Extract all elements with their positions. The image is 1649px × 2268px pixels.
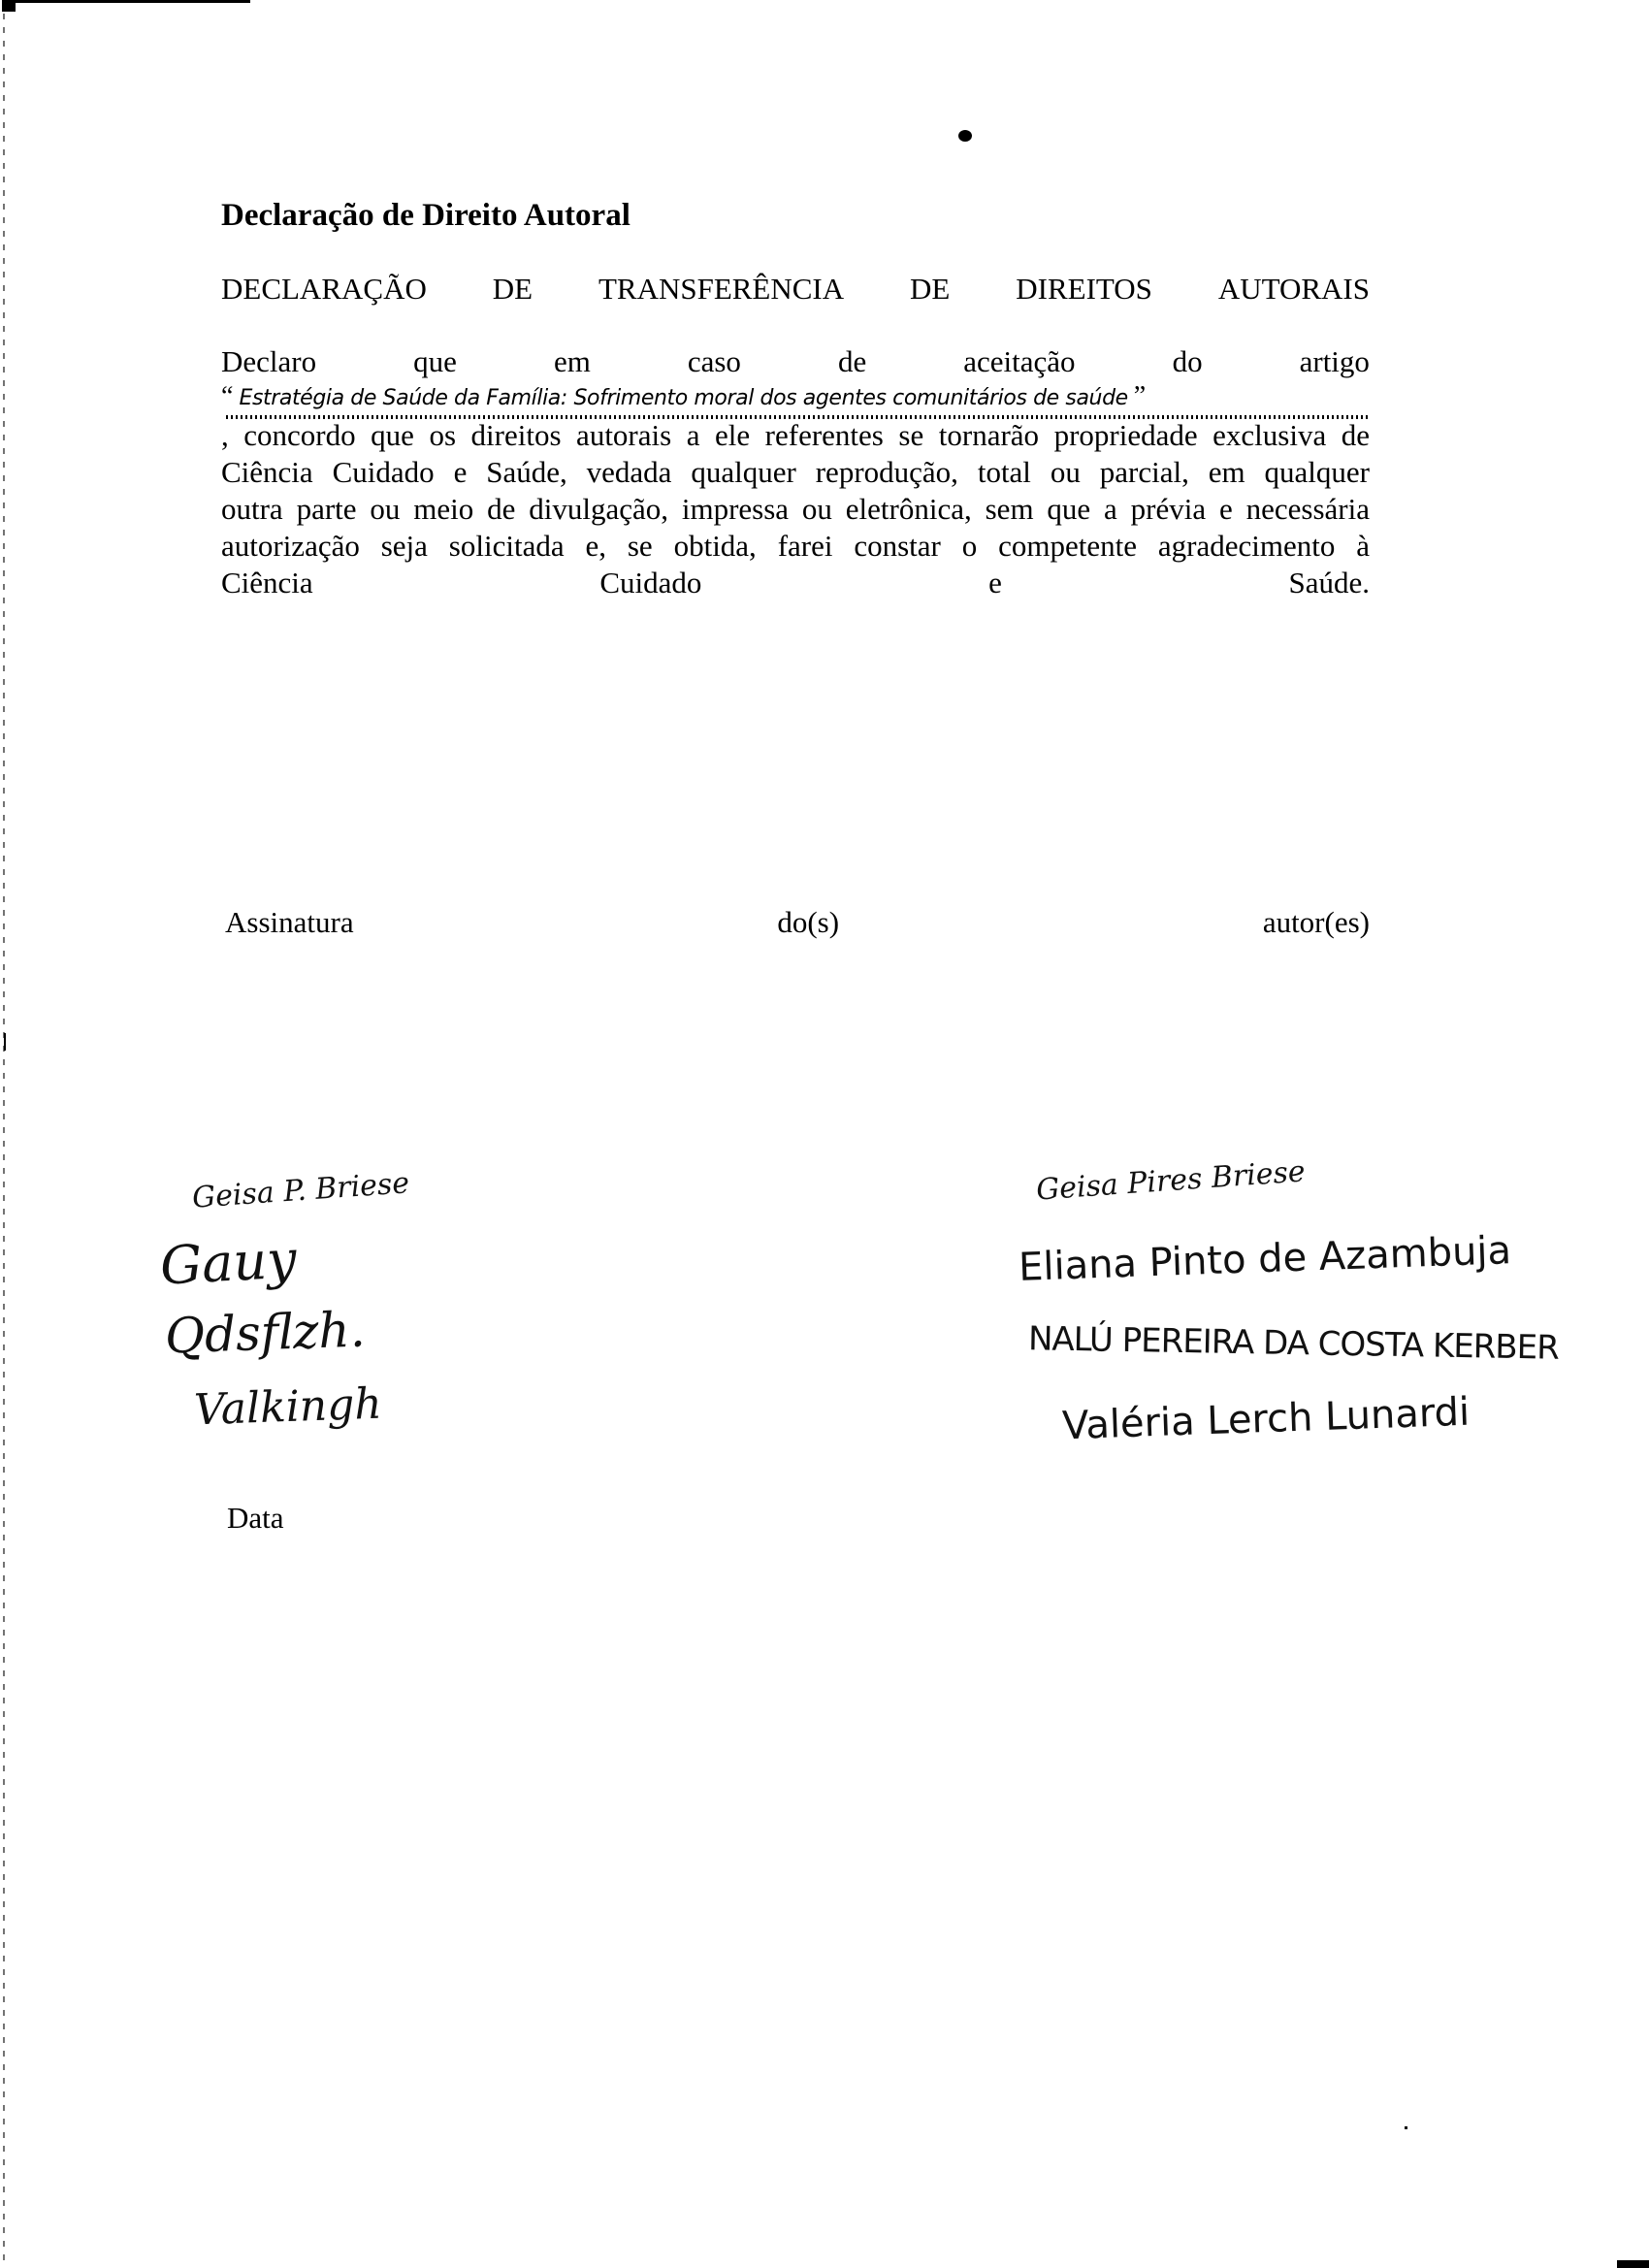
scan-artifact-speck xyxy=(1405,2126,1407,2129)
article-title-field: “ Estratégia de Saúde da Família: Sofrim… xyxy=(221,381,1443,412)
document-subtitle: DECLARAÇÃO DE TRANSFERÊNCIA DE DIREITOS … xyxy=(221,272,1370,307)
body-line: autorização seja solicitada e, se obtida… xyxy=(221,528,1370,565)
article-title-handwritten: Estratégia de Saúde da Família: Sofrimen… xyxy=(239,386,1127,410)
subtitle-word: AUTORAIS xyxy=(1218,272,1370,307)
last-line-word: Cuidado xyxy=(599,566,701,600)
intro-word: caso xyxy=(688,344,741,379)
close-quote: ” xyxy=(1134,381,1146,411)
printed-name-1: Geisa Pires Briese xyxy=(1035,1154,1307,1207)
intro-word: em xyxy=(554,344,591,379)
subtitle-word: DIREITOS xyxy=(1016,272,1152,307)
signature-left-3: Qdsflzh. xyxy=(164,1301,366,1364)
scanned-document-page: Declaração de Direito Autoral DECLARAÇÃO… xyxy=(0,0,1649,2268)
declaration-body: , concordo que os direitos autorais a el… xyxy=(221,417,1370,565)
date-label: Data xyxy=(227,1501,284,1536)
subtitle-word: DECLARAÇÃO xyxy=(221,272,427,307)
subtitle-word: TRANSFERÊNCIA xyxy=(598,272,844,307)
scan-artifact-left-edge xyxy=(3,0,5,2268)
subtitle-word: DE xyxy=(493,272,533,307)
intro-word: artigo xyxy=(1300,344,1370,379)
intro-word: que xyxy=(413,344,457,379)
body-line: Ciência Cuidado e Saúde, vedada qualquer… xyxy=(221,454,1370,491)
intro-word: Declaro xyxy=(221,344,316,379)
signature-caption-word: do(s) xyxy=(777,905,839,940)
body-line: , concordo que os direitos autorais a el… xyxy=(221,417,1370,454)
body-line: outra parte ou meio de divulgação, impre… xyxy=(221,491,1370,528)
last-line-word: Ciência xyxy=(221,566,313,600)
signature-left-2: Gauy xyxy=(158,1228,298,1296)
signature-caption-word: Assinatura xyxy=(225,905,354,940)
scan-artifact-top-edge xyxy=(8,0,250,3)
printed-name-2: Eliana Pinto de Azambuja xyxy=(1018,1228,1511,1290)
intro-word: de xyxy=(838,344,866,379)
document-title: Declaração de Direito Autoral xyxy=(221,198,630,234)
body-last-line: Ciência Cuidado e Saúde. xyxy=(221,566,1370,600)
signature-caption-word: autor(es) xyxy=(1263,905,1370,940)
last-line-word: Saúde. xyxy=(1288,566,1370,600)
intro-word: aceitação xyxy=(963,344,1075,379)
subtitle-word: DE xyxy=(910,272,950,307)
scan-artifact-ink-blot xyxy=(958,130,972,142)
scan-artifact-bottom-edge xyxy=(1617,2260,1649,2268)
signature-left-1: Geisa P. Briese xyxy=(191,1166,410,1215)
signature-left-4: Valkingh xyxy=(193,1379,382,1436)
last-line-word: e xyxy=(988,566,1002,600)
printed-name-3: NALÚ PEREIRA DA COSTA KERBER xyxy=(1028,1319,1559,1368)
scan-artifact-left-mark xyxy=(4,1033,6,1051)
declaration-intro-line: Declaro que em caso de aceitação do arti… xyxy=(221,344,1370,379)
intro-word: do xyxy=(1173,344,1203,379)
printed-name-4: Valéria Lerch Lunardi xyxy=(1061,1390,1470,1449)
signature-caption: Assinatura do(s) autor(es) xyxy=(225,905,1370,940)
open-quote: “ xyxy=(221,381,233,411)
